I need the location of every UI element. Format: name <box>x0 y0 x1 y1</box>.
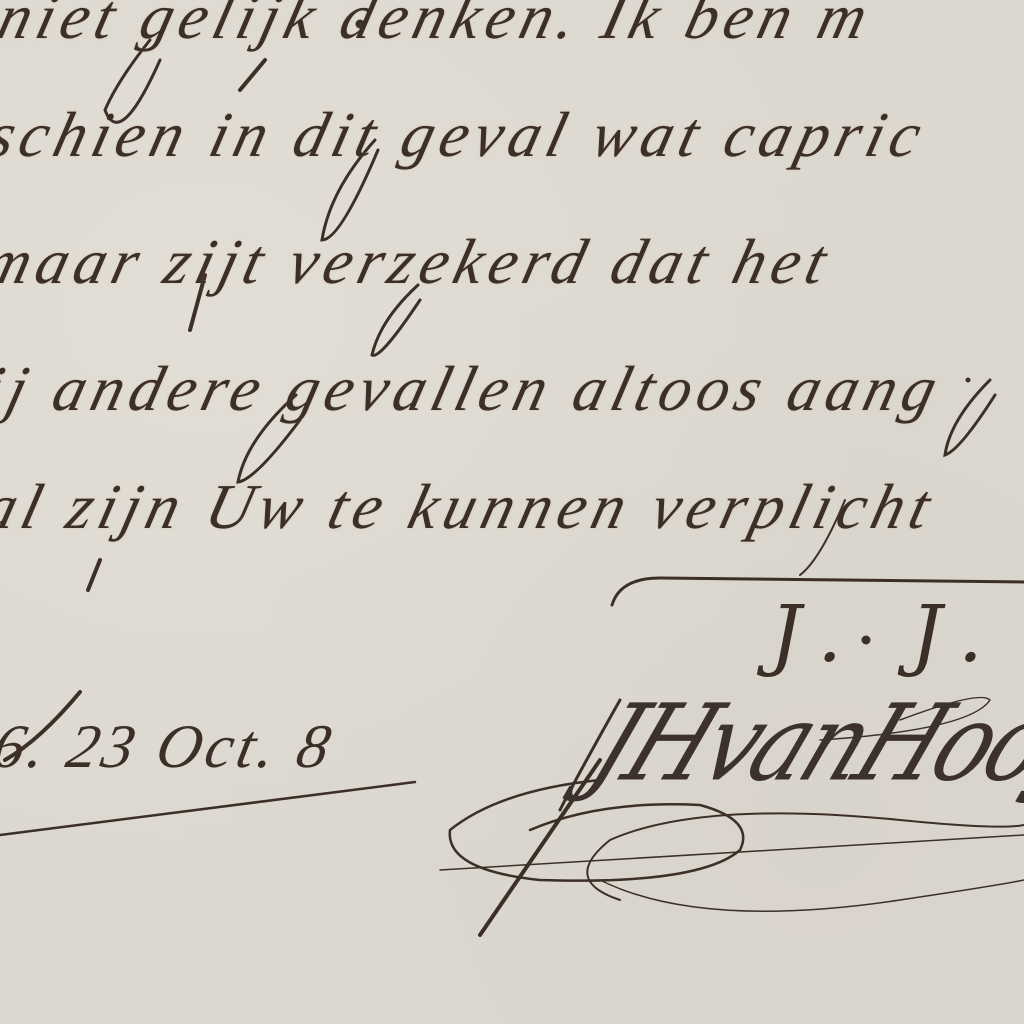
date-annotation: 6. 23 Oct. 8 <box>0 712 341 783</box>
letter-line-3: maar zijt verzekerd dat het <box>0 225 840 299</box>
letter-line-1: niet gelijk denken. Ik ben m <box>0 0 881 54</box>
closing-initials: J. J. <box>770 590 1005 680</box>
signature: JHvanHooy <box>575 682 1024 805</box>
letter-line-5: al zijn Uw te kunnen verplicht <box>0 470 944 544</box>
letter-line-2: schien in dit geval wat capric <box>0 98 935 172</box>
letter-line-4: ij andere gevallen altoos aang <box>0 352 950 426</box>
